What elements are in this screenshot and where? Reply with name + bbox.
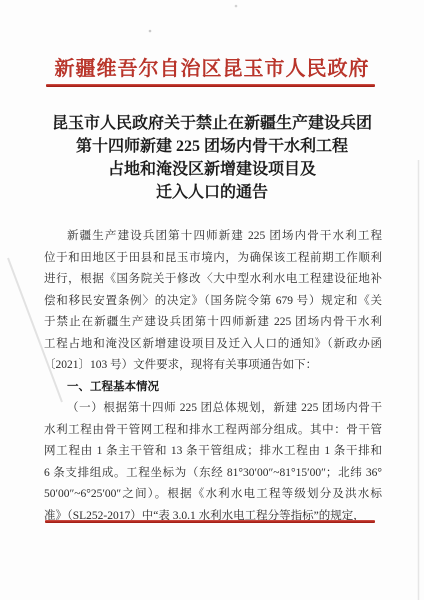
body-text-line: 水利工程由骨干管网工程和排水工程两部分组成。其中：骨干管 [44, 420, 382, 442]
section-1-heading: 一、工程基本情况 [44, 377, 382, 399]
scanned-document-page: 新疆维吾尔自治区昆玉市人民政府 昆玉市人民政府关于禁止在新疆生产建设兵团第十四师… [0, 0, 424, 600]
scan-speck [149, 30, 152, 33]
body-text-line: 50′00″~6°25′00″之间）。根据《水利水电工程等级划分及洪水标 [44, 484, 382, 506]
body-text-line: 网工程由 1 条主干管和 13 条干管组成；排水工程由 1 条干排和 [44, 441, 382, 463]
document-title-line: 迁入人口的通告 [20, 181, 404, 204]
document-title: 昆玉市人民政府关于禁止在新疆生产建设兵团第十四师新建 225 团场内骨干水利工程… [20, 112, 404, 204]
document-title-line: 占地和淹没区新增建设项目及 [20, 158, 404, 181]
body-text-line: 位于和田地区于田县和昆玉市境内，为确保该工程前期工作顺利 [44, 248, 382, 270]
intro-paragraph: 新疆生产建设兵团第十四师新建 225 团场内骨干水利工程位于和田地区于田县和昆玉… [44, 226, 382, 377]
document-body: 新疆生产建设兵团第十四师新建 225 团场内骨干水利工程位于和田地区于田县和昆玉… [44, 226, 382, 527]
footer-rule [45, 520, 375, 523]
body-text-line: 偿和移民安置条例〉的决定》（国务院令第 679 号）规定和《关 [44, 291, 382, 313]
body-text-line: 新疆生产建设兵团第十四师新建 225 团场内骨干水利工程 [44, 226, 382, 248]
body-text-line: 准》（SL252-2017）中“表 3.0.1 水利水电工程分等指标”的规定， [44, 506, 382, 528]
body-text-line: 进行，根据《国务院关于修改〈大中型水利水电工程建设征地补 [44, 269, 382, 291]
scan-speck [235, 5, 238, 8]
body-text-line: 工程占地和淹没区新增建设项目及迁入人口的通知》（新政办函 [44, 334, 382, 356]
body-text-line: （一）根据第十四师 225 团总体规划，新建 225 团场内骨干 [44, 398, 382, 420]
government-letterhead-title: 新疆维吾尔自治区昆玉市人民政府 [0, 52, 424, 81]
document-title-line: 昆玉市人民政府关于禁止在新疆生产建设兵团 [20, 112, 404, 135]
body-text-line: 〔2021〕103 号）文件要求，现将有关事项通告如下： [44, 355, 382, 377]
body-text-line: 6 条支排组成。工程坐标为（东经 81°30′00″~81°15′00″；北纬 … [44, 463, 382, 485]
body-text-line: 于禁止在新疆生产建设兵团第十四师新建 225 团场内骨干水利 [44, 312, 382, 334]
section-1-paragraph: （一）根据第十四师 225 团总体规划，新建 225 团场内骨干水利工程由骨干管… [44, 398, 382, 527]
letterhead-rule [46, 84, 375, 87]
document-title-line: 第十四师新建 225 团场内骨干水利工程 [20, 135, 404, 158]
